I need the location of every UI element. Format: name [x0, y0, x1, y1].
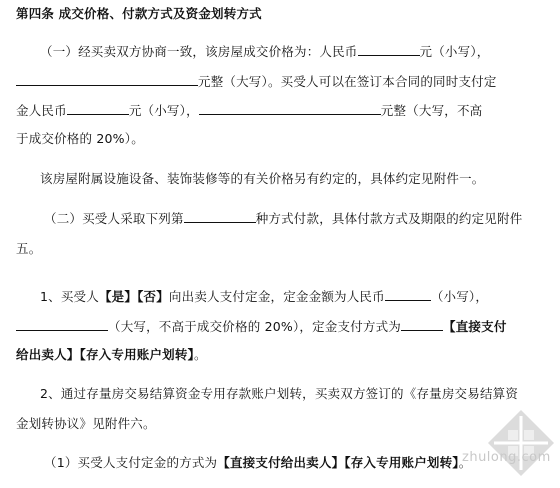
text: （一）经买卖双方协商一致，该房屋成交价格为：人民币 — [40, 44, 358, 59]
deposit-uppercase-blank[interactable] — [199, 102, 381, 115]
watermark-logo-icon — [488, 410, 554, 476]
text: 金人民币 — [16, 103, 67, 118]
paragraph-deposit-line3: 给出卖人】【存入专用账户划转】。 — [16, 347, 207, 363]
text: 元（小写）， — [420, 44, 490, 59]
paragraph-price-line4: 于成交价格的 20%）。 — [16, 131, 144, 147]
option-special-account[interactable]: 【存入专用账户划转】 — [80, 347, 195, 362]
watermark-text: zhulong.com — [462, 450, 551, 465]
paragraph-deposit-way: （1）买受人支付定金的方式为【直接支付给出卖人】【存入专用账户划转】。 — [44, 455, 472, 471]
option-no[interactable]: 【否】 — [137, 289, 169, 304]
deposit-method-blank[interactable] — [401, 318, 443, 331]
option-special-account[interactable]: 【存入专用账户划转】 — [344, 455, 459, 470]
paragraph-payment-method-line1: （二）买受人采取下列第种方式付款，具体付款方式及期限的约定见附件 — [44, 210, 522, 227]
paragraph-deposit-line2: （大写，不高于成交价格的 20%），定金支付方式为【直接支付 — [16, 318, 507, 335]
text: （大写，不高于成交价格的 20%），定金支付方式为 — [108, 319, 401, 334]
option-direct-pay-cont[interactable]: 给出卖人】 — [16, 347, 80, 362]
paragraph-attachments: 该房屋附属设施设备、装饰装修等的有关价格另有约定的，具体约定见附件一。 — [40, 171, 485, 187]
text: （小写）， — [431, 289, 488, 304]
option-yes[interactable]: 【是】 — [99, 289, 137, 304]
text: 1、买受人 — [40, 289, 99, 304]
text: （二）买受人采取下列第 — [44, 211, 184, 226]
deposit-amount-blank[interactable] — [385, 288, 431, 301]
paragraph-price-line2: 元整（大写）。买受人可以在签订本合同的同时支付定 — [16, 73, 497, 90]
paragraph-deposit-line1: 1、买受人【是】【否】向出卖人支付定金，定金金额为人民币（小写）， — [40, 288, 488, 305]
text: 元整（大写，不高 — [381, 103, 483, 118]
payment-method-number-blank[interactable] — [184, 210, 256, 223]
price-lowercase-blank[interactable] — [358, 43, 420, 56]
text: 向出卖人支付定金，定金金额为人民币 — [169, 289, 385, 304]
paragraph-price-line1: （一）经买卖双方协商一致，该房屋成交价格为：人民币元（小写）， — [40, 43, 489, 60]
text: （1）买受人支付定金的方式为 — [44, 455, 217, 470]
paragraph-price-line3: 金人民币元（小写），元整（大写，不高 — [16, 102, 482, 119]
deposit-lowercase-blank[interactable] — [67, 102, 129, 115]
article-title: 第四条 成交价格、付款方式及资金划转方式 — [16, 6, 262, 22]
text: 。 — [194, 347, 207, 362]
option-direct-pay[interactable]: 【直接支付 — [443, 319, 507, 334]
price-uppercase-blank[interactable] — [16, 73, 198, 86]
deposit-uppercase-amount-blank[interactable] — [16, 318, 108, 331]
paragraph-escrow-line2: 金划转协议》见附件六。 — [16, 416, 156, 432]
text: 元整（大写）。买受人可以在签订本合同的同时支付定 — [198, 74, 497, 89]
text: 元（小写）， — [129, 103, 199, 118]
text: 种方式付款，具体付款方式及期限的约定见附件 — [256, 211, 523, 226]
paragraph-payment-method-line2: 五。 — [16, 241, 41, 257]
paragraph-escrow-line1: 2、通过存量房交易结算资金专用存款账户划转，买卖双方签订的《存量房交易结算资 — [40, 386, 518, 402]
option-direct-pay[interactable]: 【直接支付给出卖人】 — [217, 455, 344, 470]
